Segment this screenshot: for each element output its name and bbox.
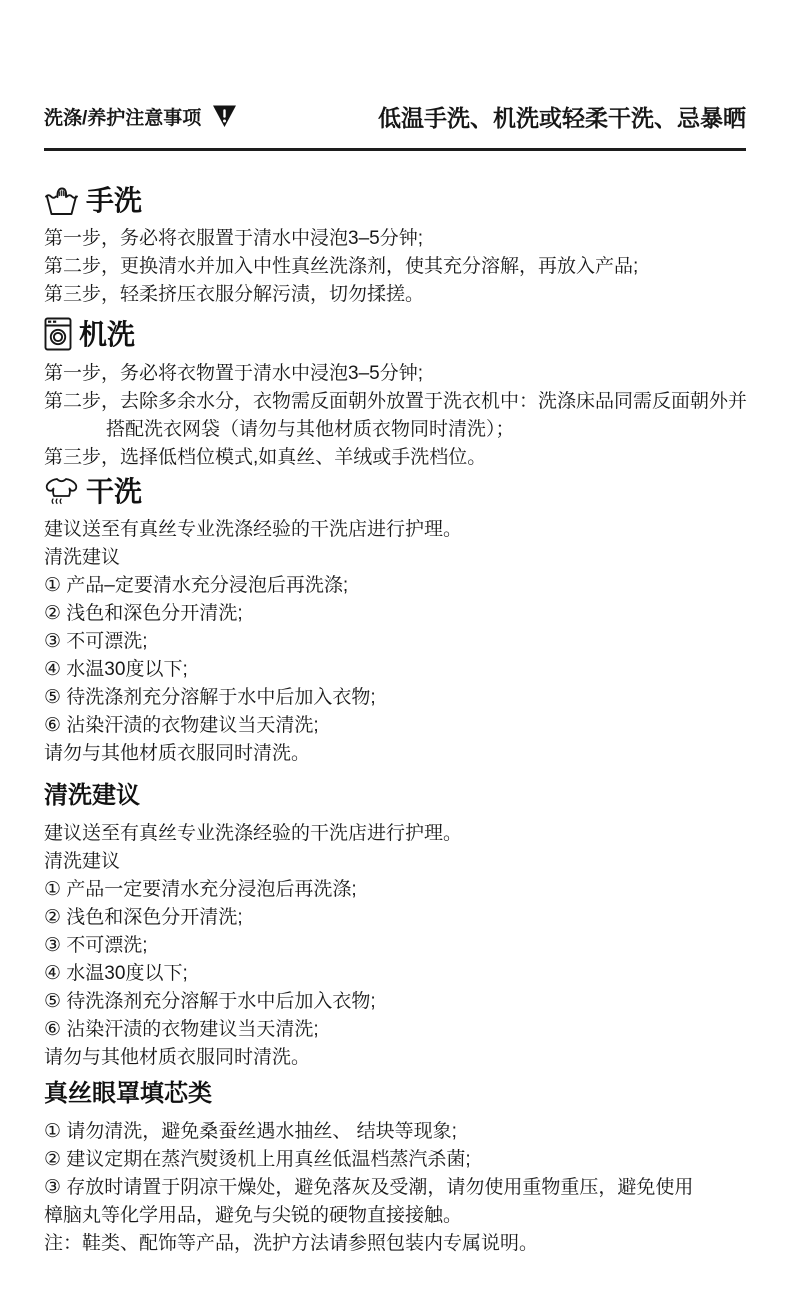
care-line: 清洗建议	[44, 848, 746, 876]
section-wash-advice: 清洗建议 建议送至有真丝专业洗涤经验的干洗店进行护理。 清洗建议 ① 产品一定要…	[44, 782, 746, 1072]
care-list-item: ① 产品–定要清水充分浸泡后再洗涤;	[44, 572, 746, 600]
care-list-item: ③ 存放时请置于阴凉干燥处，避免落灰及受潮，请勿使用重物重压，避免使用	[44, 1174, 746, 1202]
care-list-item: ① 请勿清洗，避免桑蚕丝遇水抽丝、 结块等现象;	[44, 1118, 746, 1146]
section-title-wash-advice: 清洗建议	[44, 782, 746, 809]
step-line: 第三步，选择低档位模式,如真丝、羊绒或手洗档位。	[44, 444, 746, 472]
section-machine-wash: 机洗 第一步，务必将衣物置于清水中浸泡3–5分钟; 第二步，去除多余水分，衣物需…	[44, 317, 746, 472]
section-title-hand-wash: 手洗	[44, 185, 746, 216]
section-title-silk-eyemask: 真丝眼罩填芯类	[44, 1080, 746, 1107]
section-title-text: 手洗	[86, 185, 142, 216]
step-line-wrapped: 搭配洗衣网袋（请勿与其他材质衣物同时清洗）；	[44, 416, 746, 444]
care-line: 清洗建议	[44, 544, 746, 572]
step-line: 第二步，更换清水并加入中性真丝洗涤剂，使其充分溶解，再放入产品;	[44, 253, 746, 281]
care-list-item: ⑤ 待洗涤剂充分溶解于水中后加入衣物;	[44, 684, 746, 712]
care-list-item: ⑥ 沾染汗渍的衣物建议当天清洗;	[44, 1016, 746, 1044]
step-line: 第一步，务必将衣物置于清水中浸泡3–5分钟;	[44, 360, 746, 388]
section-dry-clean: 干洗 建议送至有真丝专业洗涤经验的干洗店进行护理。 清洗建议 ① 产品–定要清水…	[44, 476, 746, 768]
care-list-item: ① 产品一定要清水充分浸泡后再洗涤;	[44, 876, 746, 904]
care-note-line: 注：鞋类、配饰等产品，洗护方法请参照包装内专属说明。	[44, 1230, 746, 1258]
care-list-item: ⑤ 待洗涤剂充分溶解于水中后加入衣物;	[44, 988, 746, 1016]
care-list-item: ③ 不可漂洗;	[44, 932, 746, 960]
section-silk-eyemask: 真丝眼罩填芯类 ① 请勿清洗，避免桑蚕丝遇水抽丝、 结块等现象; ② 建议定期在…	[44, 1080, 746, 1258]
header-divider	[44, 148, 746, 151]
hand-wash-icon	[44, 185, 79, 216]
care-list-item: ② 建议定期在蒸汽熨烫机上用真丝低温档蒸汽杀菌;	[44, 1146, 746, 1174]
step-line: 第一步，务必将衣服置于清水中浸泡3–5分钟;	[44, 225, 746, 253]
section-title-dry-clean: 干洗	[44, 476, 746, 507]
care-instructions-page: 洗涤/养护注意事项 低温手洗、机洗或轻柔干洗、忌暴晒	[0, 0, 790, 1258]
section-title-text: 机洗	[79, 319, 135, 350]
section-hand-wash: 手洗 第一步，务必将衣服置于清水中浸泡3–5分钟; 第二步，更换清水并加入中性真…	[44, 185, 746, 309]
warning-triangle-icon	[211, 104, 238, 129]
care-list-item: ⑥ 沾染汗渍的衣物建议当天清洗;	[44, 712, 746, 740]
dry-clean-garment-icon	[44, 476, 79, 507]
care-list-item: ② 浅色和深色分开清洗;	[44, 600, 746, 628]
care-list-item: ② 浅色和深色分开清洗;	[44, 904, 746, 932]
step-line: 第三步，轻柔挤压衣服分解污渍，切勿揉搓。	[44, 281, 746, 309]
care-list-item: ④ 水温30度以下;	[44, 960, 746, 988]
header-left-title: 洗涤/养护注意事项	[44, 103, 201, 130]
care-list-item: ③ 不可漂洗;	[44, 628, 746, 656]
care-line: 建议送至有真丝专业洗涤经验的干洗店进行护理。	[44, 516, 746, 544]
washing-machine-icon	[44, 317, 72, 351]
care-line: 请勿与其他材质衣服同时清洗。	[44, 1044, 746, 1072]
step-line: 第二步，去除多余水分，衣物需反面朝外放置于洗衣机中：洗涤床品同需反面朝外并	[44, 388, 746, 416]
header-left: 洗涤/养护注意事项	[44, 103, 238, 130]
section-title-machine-wash: 机洗	[44, 317, 746, 351]
header: 洗涤/养护注意事项 低温手洗、机洗或轻柔干洗、忌暴晒	[44, 0, 746, 133]
care-list-item: ④ 水温30度以下;	[44, 656, 746, 684]
care-line-wrapped: 樟脑丸等化学用品，避免与尖锐的硬物直接接触。	[44, 1202, 746, 1230]
care-line: 建议送至有真丝专业洗涤经验的干洗店进行护理。	[44, 820, 746, 848]
section-title-text: 干洗	[86, 476, 142, 507]
care-line: 请勿与其他材质衣服同时清洗。	[44, 740, 746, 768]
header-right-title: 低温手洗、机洗或轻柔干洗、忌暴晒	[378, 100, 746, 133]
